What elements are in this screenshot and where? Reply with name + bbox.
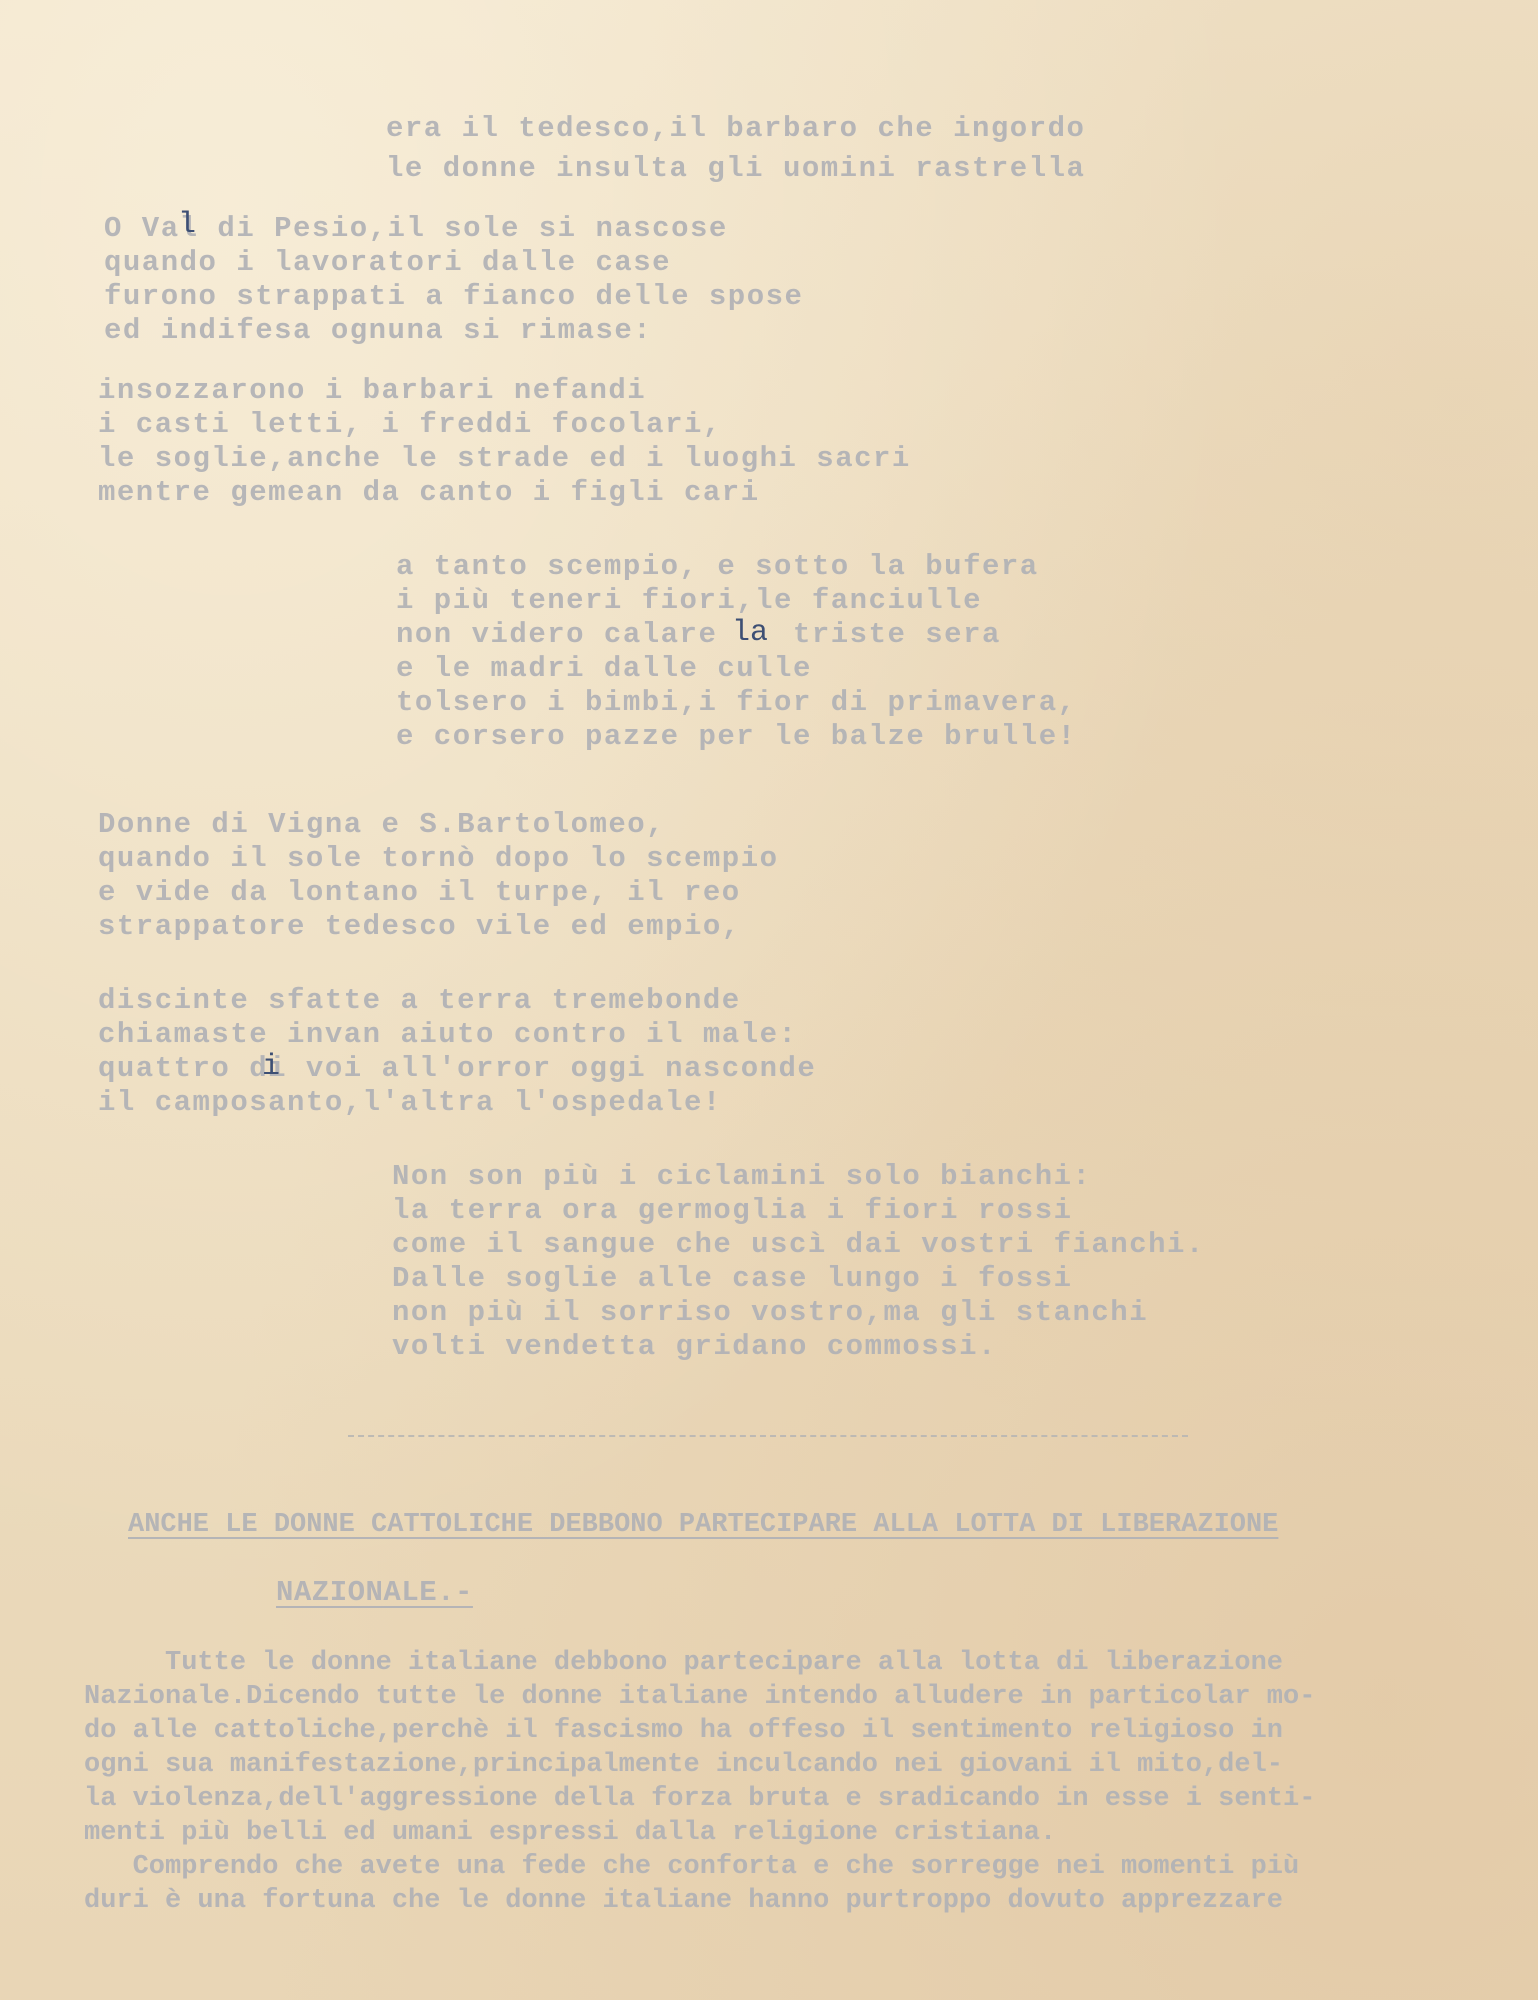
poem-line: furono strappati a fianco delle spose [104, 280, 803, 314]
poem-line: le soglie,anche le strade ed i luoghi sa… [98, 442, 911, 476]
poem-line: discinte sfatte a terra tremebonde [98, 984, 741, 1018]
poem-line: e le madri dalle culle [396, 652, 812, 686]
poem-line: Dalle soglie alle case lungo i fossi [392, 1262, 1073, 1296]
body-line: Tutte le donne italiane debbono partecip… [84, 1646, 1283, 1680]
poem-line: la terra ora germoglia i fiori rossi [392, 1194, 1073, 1228]
body-line: Nazionale.Dicendo tutte le donne italian… [84, 1680, 1315, 1714]
body-line: menti più belli ed umani espressi dalla … [84, 1816, 1056, 1850]
dashed-separator [348, 1435, 1188, 1437]
typewritten-page: era il tedesco,il barbaro che ingordo le… [0, 0, 1538, 2000]
poem-line: strappatore tedesco vile ed empio, [98, 910, 741, 944]
poem-line: tolsero i bimbi,i fior di primavera, [396, 686, 1077, 720]
poem-line: chiamaste invan aiuto contro il male: [98, 1018, 797, 1052]
section-heading: ANCHE LE DONNE CATTOLICHE DEBBONO PARTEC… [128, 1508, 1278, 1542]
poem-line: quando il sole tornò dopo lo scempio [98, 842, 779, 876]
poem-line: come il sangue che uscì dai vostri fianc… [392, 1228, 1205, 1262]
body-line: duri è una fortuna che le donne italiane… [84, 1884, 1283, 1918]
poem-line: volti vendetta gridano commossi. [392, 1330, 997, 1364]
poem-line: quando i lavoratori dalle case [104, 246, 671, 280]
poem-line: ed indifesa ognuna si rimase: [104, 314, 652, 348]
poem-line: non videro calare triste sera [396, 618, 1001, 652]
poem-line: e corsero pazze per le balze brulle! [396, 720, 1077, 754]
poem-line: e vide da lontano il turpe, il reo [98, 876, 741, 910]
poem-line: mentre gemean da canto i figli cari [98, 476, 760, 510]
body-line: Comprendo che avete una fede che confort… [84, 1850, 1299, 1884]
poem-line: a tanto scempio, e sotto la bufera [396, 550, 1039, 584]
poem-line: insozzarono i barbari nefandi [98, 374, 646, 408]
poem-line: le donne insulta gli uomini rastrella [386, 152, 1085, 186]
poem-line: era il tedesco,il barbaro che ingordo [386, 112, 1085, 146]
body-line: la violenza,dell'aggressione della forza… [84, 1782, 1315, 1816]
poem-line: Non son più i ciclamini solo bianchi: [392, 1160, 1091, 1194]
poem-line: quattro di voi all'orror oggi nasconde [98, 1052, 816, 1086]
poem-line: non più il sorriso vostro,ma gli stanchi [392, 1296, 1148, 1330]
overtyped-letter: l [178, 208, 196, 242]
body-line: do alle cattoliche,perchè il fascismo ha… [84, 1714, 1283, 1748]
poem-line: Donne di Vigna e S.Bartolomeo, [98, 808, 665, 842]
poem-line: il camposanto,l'altra l'ospedale! [98, 1086, 722, 1120]
body-line: ogni sua manifestazione,principalmente i… [84, 1748, 1283, 1782]
poem-line: i più teneri fiori,le fanciulle [396, 584, 982, 618]
overtyped-word: la [732, 616, 768, 650]
overtyped-letter: i [262, 1050, 280, 1084]
section-heading-continued: NAZIONALE.- [276, 1576, 473, 1610]
poem-line: i casti letti, i freddi focolari, [98, 408, 722, 442]
poem-line: O Val di Pesio,il sole si nascose [104, 212, 728, 246]
